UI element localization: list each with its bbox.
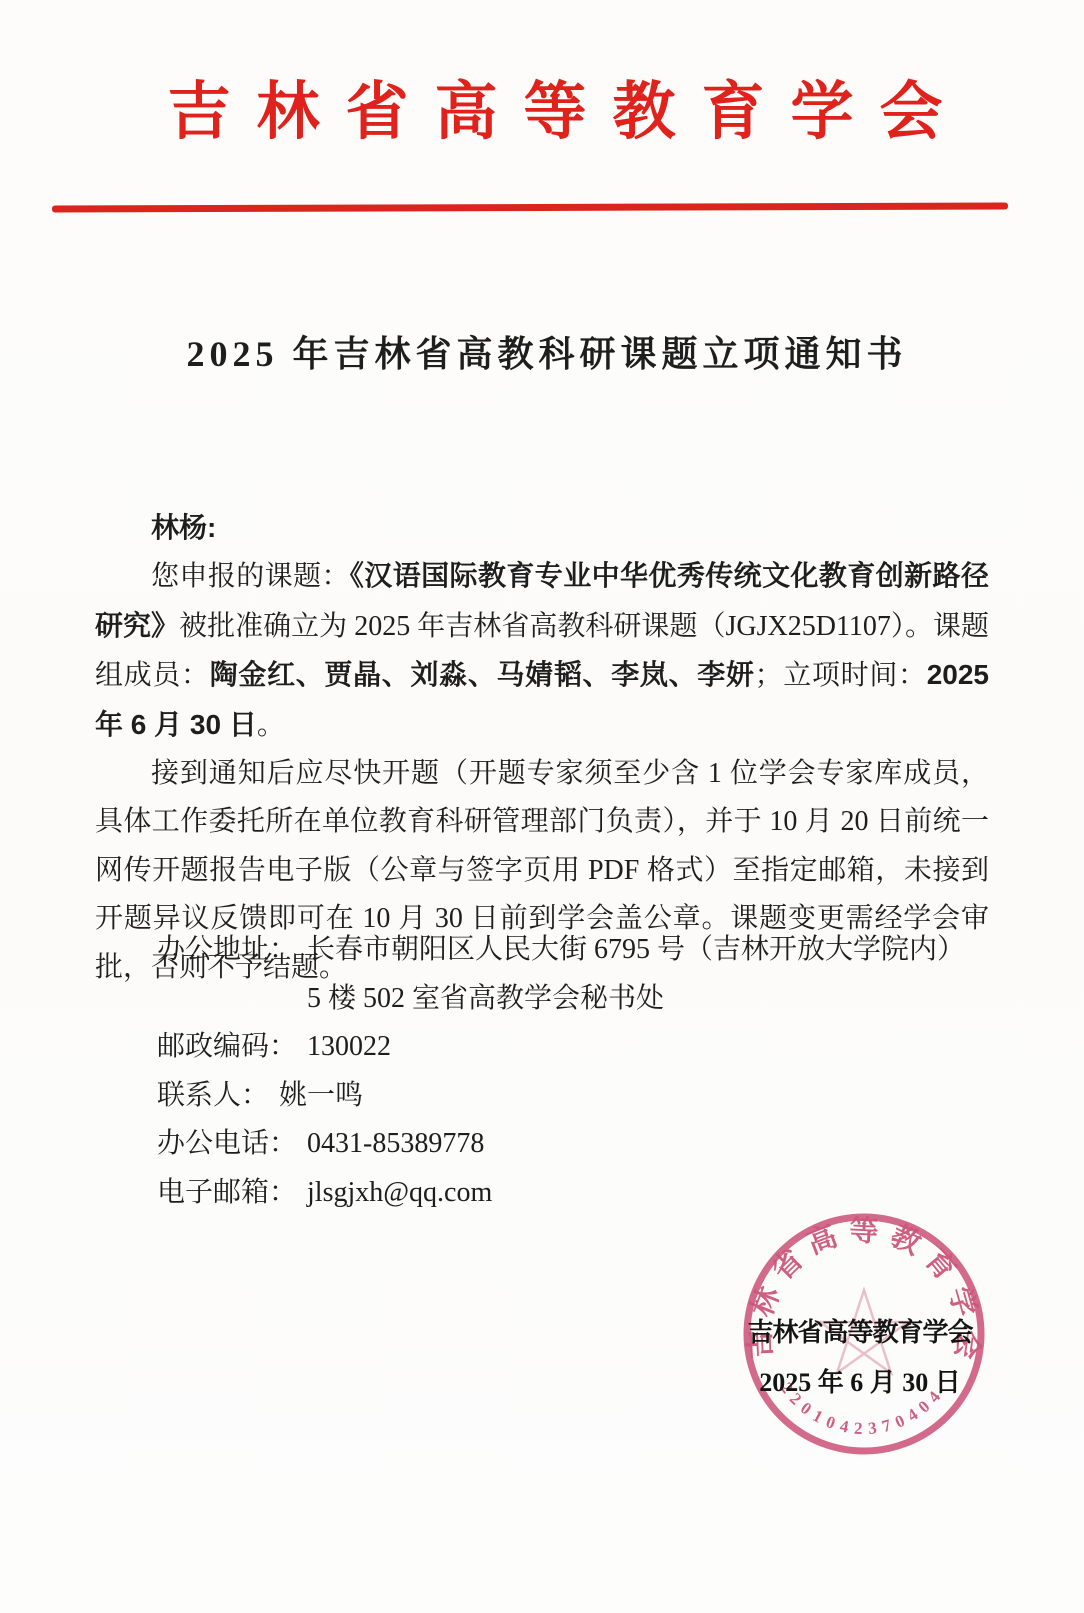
office-phone-label: 办公电话： bbox=[157, 1128, 297, 1159]
document-title: 2025 年吉林省高教科研课题立项通知书 bbox=[0, 326, 1084, 377]
office-phone-row: 办公电话：0431-85389778 bbox=[95, 1120, 989, 1169]
org-letterhead-title: 吉林省高等教育学会 bbox=[0, 76, 1084, 148]
office-address-line1: 长春市朝阳区人民大街 6795 号（吉林开放大学院内） bbox=[307, 926, 965, 975]
office-address-row: 办公地址： 长春市朝阳区人民大街 6795 号（吉林开放大学院内） 5 楼 50… bbox=[95, 926, 989, 1023]
salutation: 林杨: bbox=[95, 504, 989, 552]
text-segment: 您申报的课题： bbox=[151, 561, 350, 592]
letter-page: 吉林省高等教育学会 2025 年吉林省高教科研课题立项通知书 林杨: 您申报的课… bbox=[0, 0, 1084, 1613]
contact-person-value: 姚一鸣 bbox=[279, 1080, 363, 1111]
paragraph-approval: 您申报的课题：《汉语国际教育专业中华优秀传统文化教育创新路径研究》被批准确立为 … bbox=[95, 552, 989, 750]
office-address-label: 办公地址： bbox=[157, 926, 297, 1023]
contact-person-label: 联系人： bbox=[157, 1080, 269, 1111]
contact-person-row: 联系人：姚一鸣 bbox=[95, 1072, 989, 1121]
text-segment: 陶金红、贾晶、刘淼、马婧韬、李岚、李妍 bbox=[210, 659, 755, 690]
office-address-value: 长春市朝阳区人民大街 6795 号（吉林开放大学院内） 5 楼 502 室省高教… bbox=[307, 926, 965, 1023]
signature-date: 2025 年 6 月 30 日 bbox=[700, 1367, 1020, 1399]
office-phone-value: 0431-85389778 bbox=[307, 1128, 484, 1159]
text-segment: ；立项时间： bbox=[755, 660, 927, 691]
letterhead-divider-rule bbox=[52, 202, 1008, 212]
letter-body: 林杨: 您申报的课题：《汉语国际教育专业中华优秀传统文化教育创新路径研究》被批准… bbox=[95, 504, 989, 992]
email-label: 电子邮箱： bbox=[157, 1177, 297, 1208]
postal-code-row: 邮政编码：130022 bbox=[95, 1023, 989, 1072]
office-address-line2: 5 楼 502 室省高教学会秘书处 bbox=[307, 975, 965, 1024]
postal-code-value: 130022 bbox=[307, 1031, 391, 1062]
contact-block: 办公地址： 长春市朝阳区人民大街 6795 号（吉林开放大学院内） 5 楼 50… bbox=[95, 926, 989, 1218]
email-value: jlsgjxh@qq.com bbox=[307, 1177, 492, 1208]
signature-org-name: 吉林省高等教育学会 bbox=[700, 1316, 1020, 1350]
signature-block: 吉林省高等教育学会 2025 年 6 月 30 日 bbox=[700, 1316, 1020, 1399]
postal-code-label: 邮政编码： bbox=[157, 1031, 297, 1062]
text-segment: 。 bbox=[257, 710, 285, 741]
